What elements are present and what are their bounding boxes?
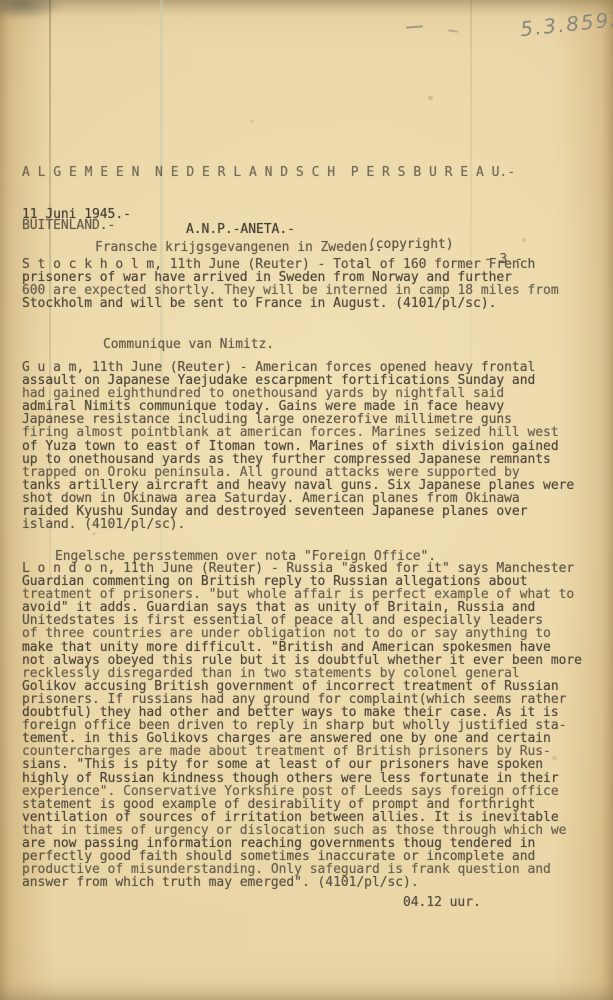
article-heading: Fransche krijgsgevangenen in Zweden.. (95, 240, 383, 255)
press-agency-name: A.N.P.-ANETA.- (186, 222, 295, 237)
text-line: that in times of urgency or dislocation … (22, 824, 582, 837)
text-line: statement is good example of desirabilit… (22, 798, 582, 811)
text-line: not always obeyed this rule but it is do… (22, 654, 582, 667)
text-line: ventilation of sources of irritation bet… (22, 811, 582, 824)
text-line: of three countries are under obligation … (22, 627, 582, 640)
text-line: tanks artillery aircraft and heavy naval… (22, 479, 574, 492)
text-line: up to onethousand yards as they further … (22, 453, 574, 466)
text-line: sians. "This is pity for some at least o… (22, 758, 582, 771)
text-line: answer from which truth may emerged". (4… (22, 876, 582, 889)
agency-masthead: A L G E M E E N N E D E R L A N D S C H … (22, 165, 515, 180)
typewritten-document: A L G E M E E N N E D E R L A N D S C H … (22, 0, 602, 1000)
text-line: trapped on Oroku peninsula. All ground a… (22, 466, 574, 479)
text-line: island. (4101/pl/sc). (22, 518, 574, 531)
text-line: experience". Conservative Yorkshire post… (22, 785, 582, 798)
article-body: G u a m, 11th June (Reuter) - American f… (22, 361, 574, 531)
article-heading: Communique van Nimitz. (103, 337, 274, 352)
section-label: BUITENLAND.- (22, 218, 115, 233)
text-line: recklessly disregarded than in two state… (22, 667, 582, 680)
text-line: highly of Russian kindness though others… (22, 772, 582, 785)
article-body: S t o c k h o l m, 11th June (Reuter) - … (22, 258, 559, 310)
text-line: Golikov accusing British government of i… (22, 680, 582, 693)
text-line: make that unity more difficult. "British… (22, 641, 582, 654)
text-line: Stockholm and will be sent to France in … (22, 297, 559, 310)
text-line: of Yuza town to east of Itoman town. Mar… (22, 440, 574, 453)
document-meta-line: 11 Juni 1945.- A.N.P.-ANETA.- (copyright… (22, 192, 602, 206)
timestamp: 04.12 uur. (403, 895, 481, 910)
text-line: firing almost pointblank at american for… (22, 426, 574, 439)
article-body: L o n d o n, 11th June (Reuter) - Russia… (22, 562, 582, 889)
